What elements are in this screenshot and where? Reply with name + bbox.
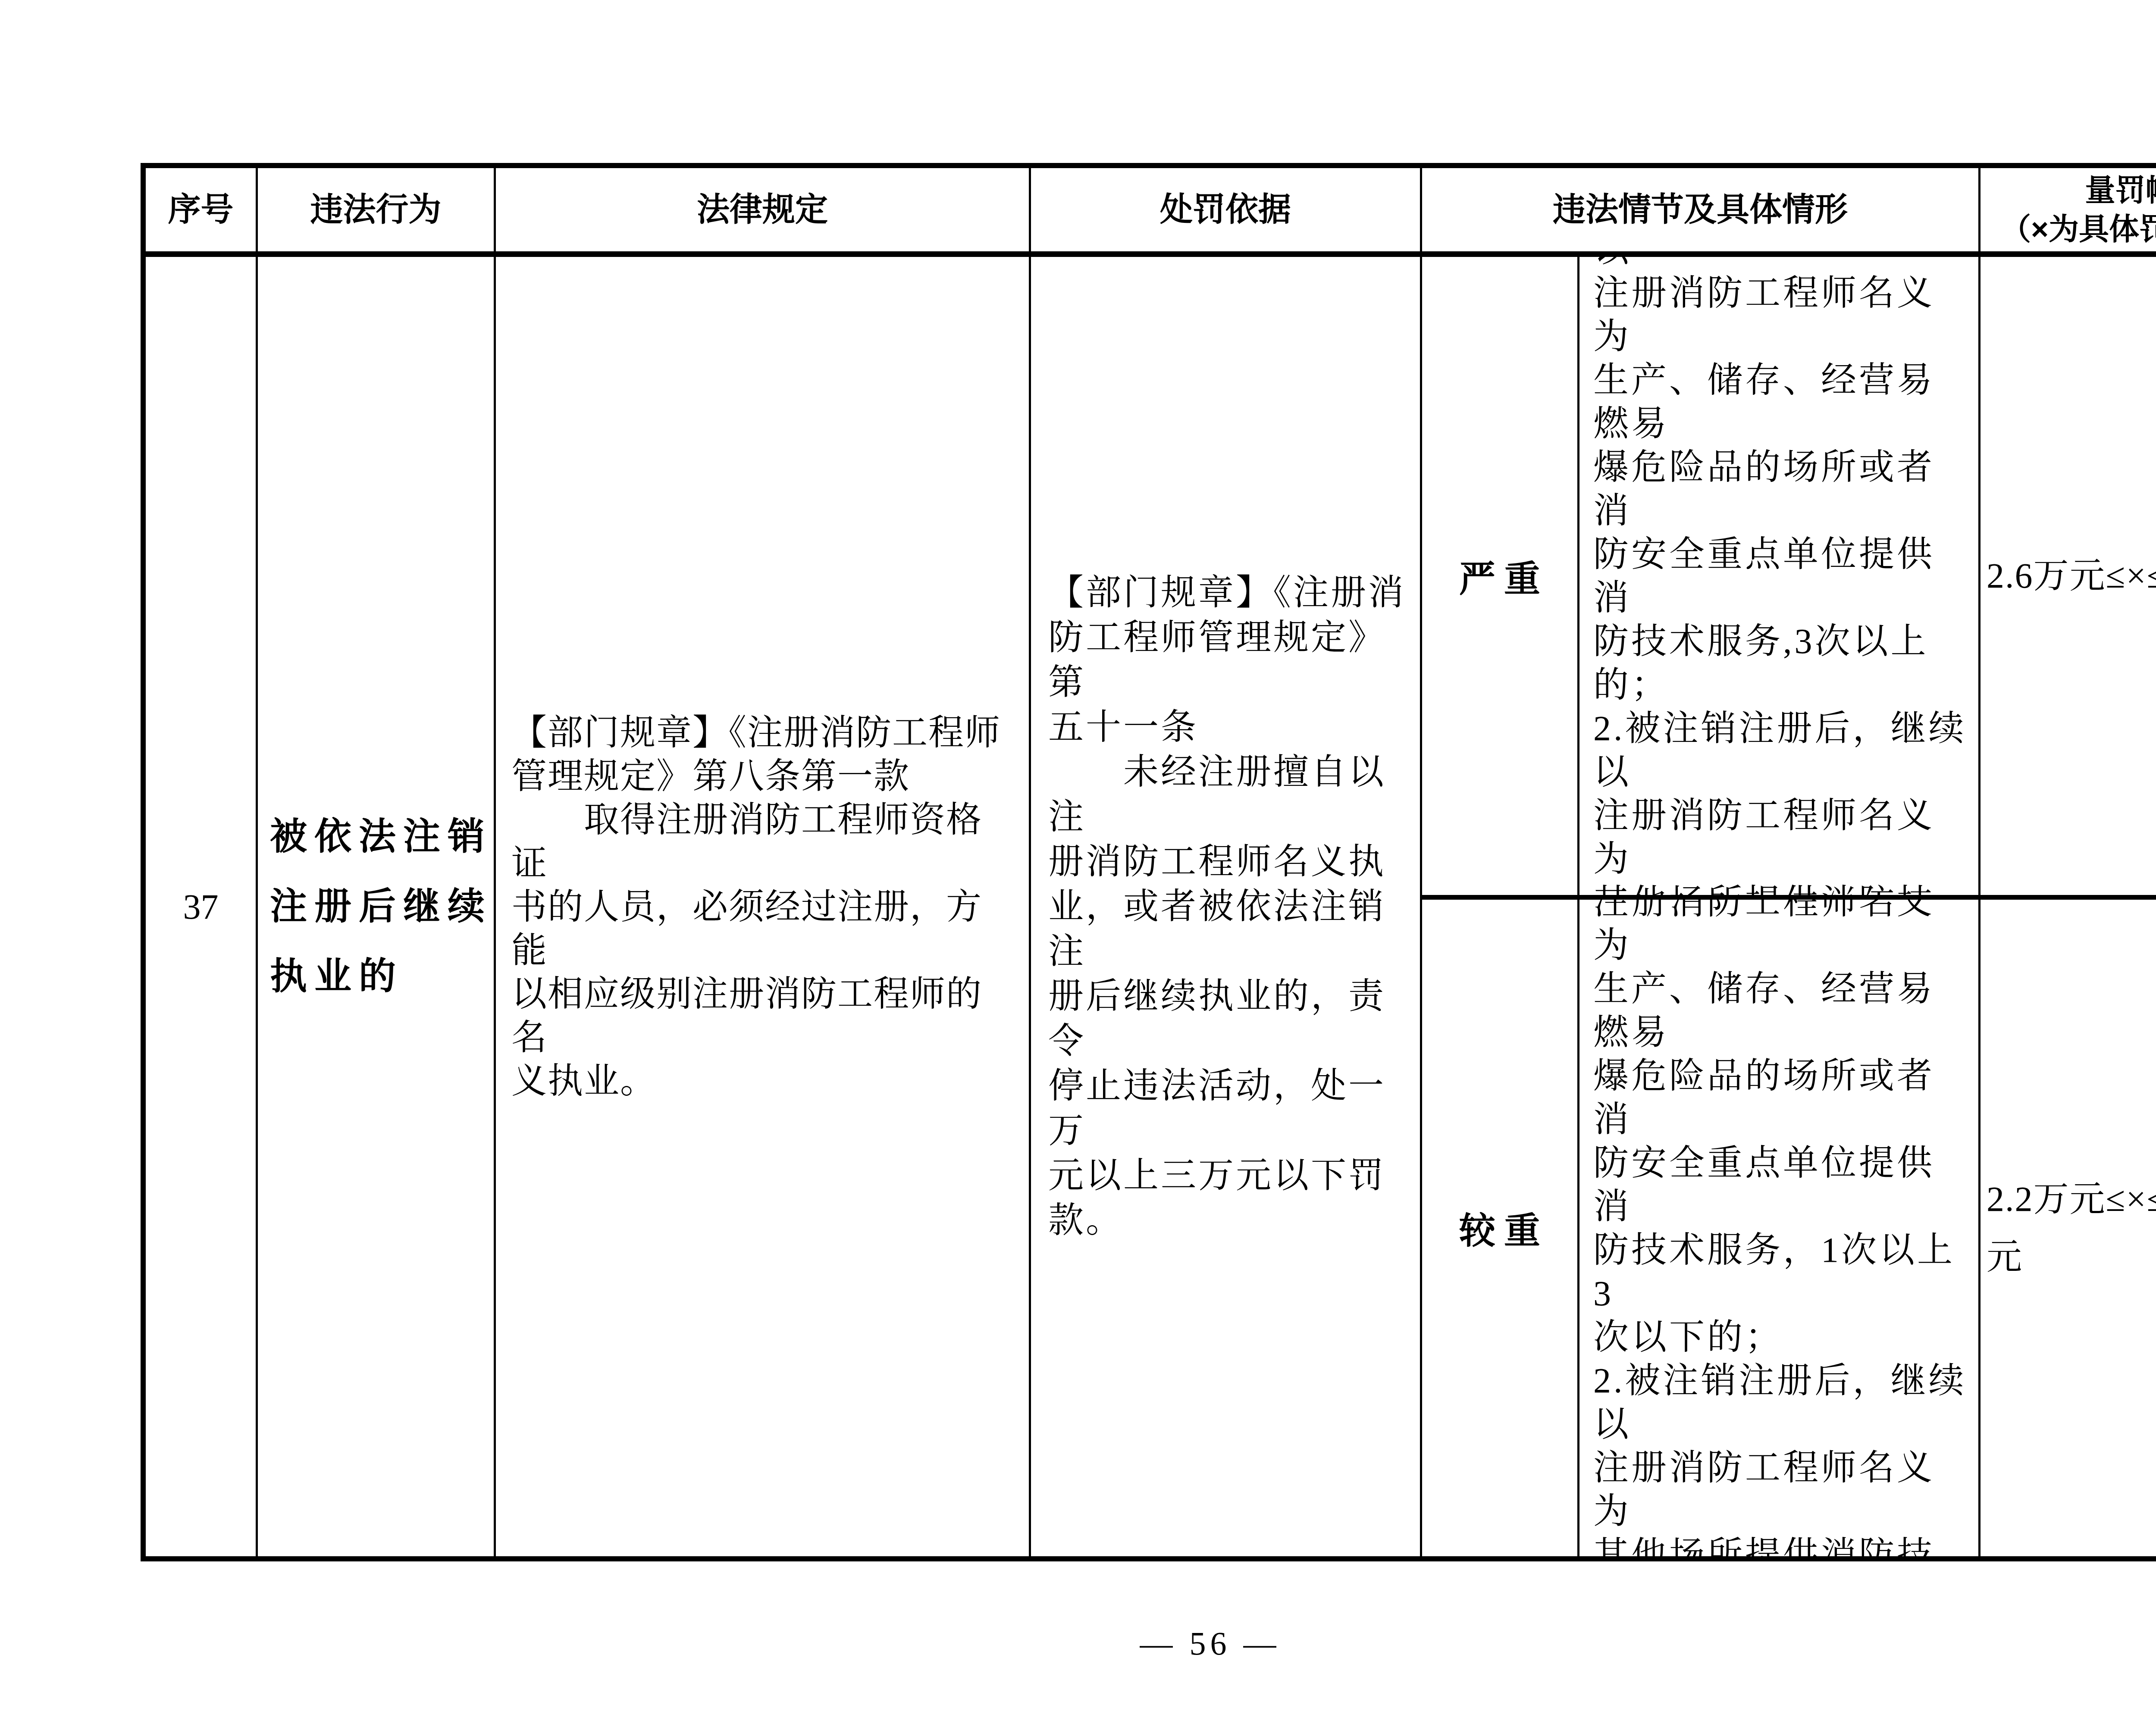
penalty-table: 序号 违法行为 法律规定 处罚依据 违法情节及具体情形 量罚幅度 （×为具体罚款… bbox=[141, 163, 2156, 1561]
page-number: — 56 — bbox=[0, 1625, 2156, 1663]
severity-label-severe: 严重 bbox=[1420, 257, 1577, 900]
row-index: 37 bbox=[146, 257, 256, 1556]
fine-range-heavier: 2.2万元≤×≤2.6万 元 bbox=[1981, 1170, 2156, 1286]
cell-fine-severe: 2.6万元≤×≤3万元 bbox=[1978, 257, 2156, 900]
cell-situations-heavier: 1.被注销注册后，继续以 注册消防工程师名义为 生产、储存、经营易燃易 爆危险品… bbox=[1577, 900, 1978, 1556]
cell-behavior: 被依法注销 注册后继续 执业的 bbox=[256, 257, 494, 1556]
header-index: 序号 bbox=[146, 168, 256, 257]
document-page: 序号 违法行为 法律规定 处罚依据 违法情节及具体情形 量罚幅度 （×为具体罚款… bbox=[0, 0, 2156, 1711]
severity-label-heavier: 较重 bbox=[1420, 900, 1577, 1556]
behavior-text: 被依法注销 注册后继续 执业的 bbox=[258, 802, 494, 1011]
header-behavior: 违法行为 bbox=[256, 168, 494, 257]
cell-penalty-basis: 【部门规章】《注册消 防工程师管理规定》第 五十一条 未经注册擅自以注 册消防工… bbox=[1029, 257, 1420, 1556]
cell-fine-heavier: 2.2万元≤×≤2.6万 元 bbox=[1978, 900, 2156, 1556]
fine-range-severe: 2.6万元≤×≤3万元 bbox=[1981, 547, 2156, 605]
situations-heavier-text: 1.被注销注册后，继续以 注册消防工程师名义为 生产、储存、经营易燃易 爆危险品… bbox=[1579, 900, 1978, 1556]
legal-provision-text: 【部门规章】《注册消防工程师 管理规定》第八条第一款 取得注册消防工程师资格证 … bbox=[496, 711, 1029, 1103]
cell-legal-provision: 【部门规章】《注册消防工程师 管理规定》第八条第一款 取得注册消防工程师资格证 … bbox=[494, 257, 1029, 1556]
situations-severe-text: 有下列情形之一的： 1.被注销注册后，继续以 注册消防工程师名义为 生产、储存、… bbox=[1579, 257, 1978, 900]
header-legal-provision: 法律规定 bbox=[494, 168, 1029, 257]
cell-situations-severe: 有下列情形之一的： 1.被注销注册后，继续以 注册消防工程师名义为 生产、储存、… bbox=[1577, 257, 1978, 900]
header-penalty-basis: 处罚依据 bbox=[1029, 168, 1420, 257]
header-fine-range: 量罚幅度 （×为具体罚款金额） bbox=[1978, 168, 2156, 257]
header-situation: 违法情节及具体情形 bbox=[1420, 168, 1978, 257]
penalty-basis-text: 【部门规章】《注册消 防工程师管理规定》第 五十一条 未经注册擅自以注 册消防工… bbox=[1031, 570, 1420, 1243]
